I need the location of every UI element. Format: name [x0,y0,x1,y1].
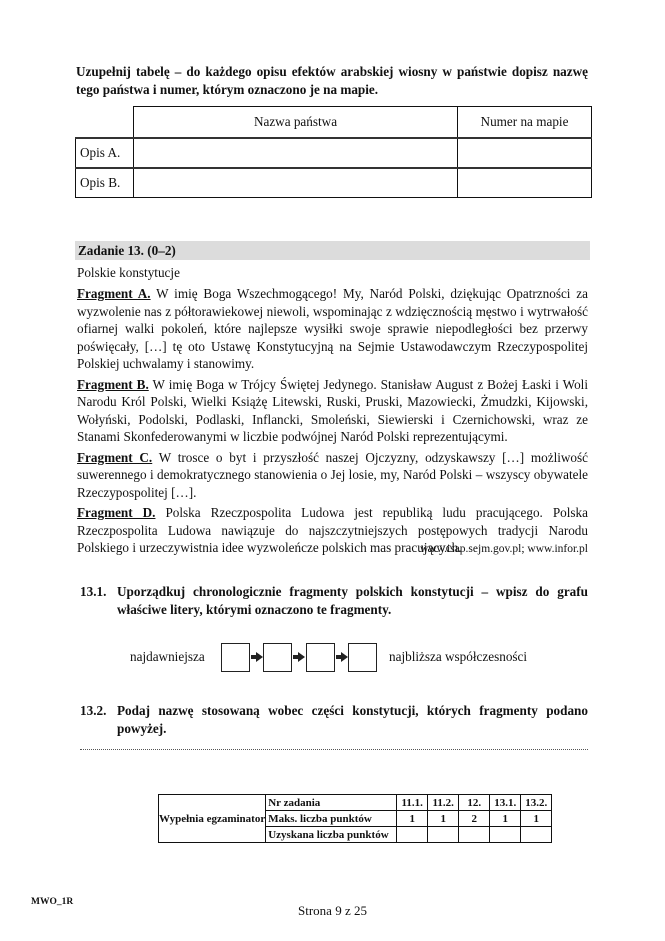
fragment-text: W imię Boga w Trójcy Świętej Jedynego. S… [77,377,588,445]
source-citation: www.isap.sejm.gov.pl; www.infor.pl [420,542,588,556]
task-number: 13.2. [521,795,552,811]
fragment-label: Fragment B. [77,377,149,392]
answer-line[interactable] [80,748,588,750]
obtained-points-field[interactable] [490,827,521,843]
row-label-obtained-points: Uzyskana liczba punktów [266,827,397,843]
graph-box-4[interactable] [348,643,377,672]
examiner-label: Wypełnia egzaminator [159,795,266,843]
fragment-c: Fragment C. W trosce o byt i przyszłość … [77,449,588,502]
graph-start-label: najdawniejsza [130,649,205,665]
table-corner [76,107,134,139]
fragment-text: W trosce o byt i przyszłość naszej Ojczy… [77,450,588,500]
graph-box-2[interactable] [263,643,292,672]
arrow-right-icon [293,651,305,663]
max-points: 2 [459,811,490,827]
fragment-text: W imię Boga Wszechmogącego! My, Naród Po… [77,286,588,371]
row-label: Opis A. [76,138,134,168]
graph-box-1[interactable] [221,643,250,672]
table-row: Opis A. [76,138,592,168]
map-number-field[interactable] [458,168,592,198]
graph-box-3[interactable] [306,643,335,672]
row-label: Opis B. [76,168,134,198]
obtained-points-field[interactable] [459,827,490,843]
country-name-field[interactable] [134,168,458,198]
max-points: 1 [521,811,552,827]
task-subtitle: Polskie konstytucje [77,264,180,282]
question-13-2: 13.2. Podaj nazwę stosowaną wobec części… [80,702,588,738]
examiner-score-table: Wypełnia egzaminator Nr zadania 11.1. 11… [158,794,552,843]
task-number: 12. [459,795,490,811]
question-text: Podaj nazwę stosowaną wobec części konst… [117,702,588,738]
country-map-table: Nazwa państwa Numer na mapie Opis A. Opi… [75,106,592,198]
fragment-a: Fragment A. W imię Boga Wszechmogącego! … [77,285,588,373]
obtained-points-field[interactable] [397,827,428,843]
arrow-right-icon [336,651,348,663]
task-number: 13.1. [490,795,521,811]
task-header: Zadanie 13. (0–2) [75,241,590,260]
fragment-label: Fragment A. [77,286,151,301]
graph-end-label: najbliższa współczesności [389,649,527,665]
fragment-label: Fragment D. [77,505,155,520]
max-points: 1 [397,811,428,827]
task-number: 11.1. [397,795,428,811]
arrow-right-icon [251,651,263,663]
fragments-list: Fragment A. W imię Boga Wszechmogącego! … [77,285,588,560]
table-row: Opis B. [76,168,592,198]
obtained-points-field[interactable] [521,827,552,843]
question-13-1: 13.1. Uporządkuj chronologicznie fragmen… [80,583,588,619]
fragment-label: Fragment C. [77,450,152,465]
question-number: 13.2. [80,702,106,720]
obtained-points-field[interactable] [428,827,459,843]
row-label-max-points: Maks. liczba punktów [266,811,397,827]
question-text: Uporządkuj chronologicznie fragmenty pol… [117,583,588,619]
map-number-field[interactable] [458,138,592,168]
max-points: 1 [428,811,459,827]
max-points: 1 [490,811,521,827]
instruction-text: Uzupełnij tabelę – do każdego opisu efek… [76,63,588,99]
page-number: Strona 9 z 25 [0,903,665,919]
fragment-b: Fragment B. W imię Boga w Trójcy Świętej… [77,376,588,446]
header-country-name: Nazwa państwa [134,107,458,139]
task-number: 11.2. [428,795,459,811]
row-label-task-number: Nr zadania [266,795,397,811]
country-name-field[interactable] [134,138,458,168]
header-map-number: Numer na mapie [458,107,592,139]
question-number: 13.1. [80,583,106,601]
